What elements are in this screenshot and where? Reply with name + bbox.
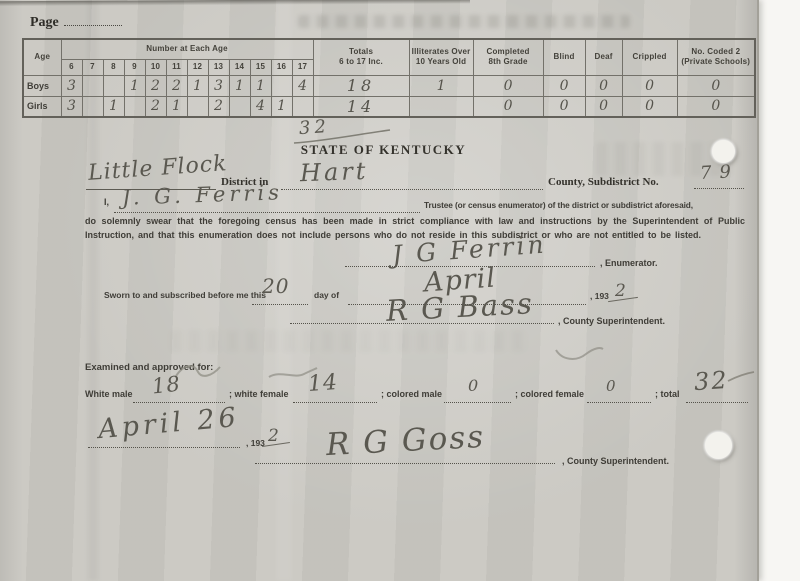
- boys-age-10: 2: [145, 75, 166, 96]
- age-8-header: 8: [103, 59, 124, 75]
- white-male-fill-line: [133, 401, 225, 403]
- table-row-boys: Boys 3 1 2 2 1 3 1 1 4 18 1 0 0: [23, 75, 755, 96]
- age-10-header: 10: [145, 59, 166, 75]
- white-male-value: 18: [151, 372, 182, 399]
- girls-completed-8th: 0: [473, 96, 543, 117]
- boys-row-label: Boys: [23, 75, 61, 96]
- girls-age-17: [292, 96, 313, 117]
- age-15-header: 15: [250, 59, 271, 75]
- county-subdistrict-label: County, Subdistrict No.: [548, 176, 659, 188]
- trustee-name-handwritten: J. G. Ferris: [122, 180, 284, 210]
- colored-female-fill-line: [587, 401, 651, 403]
- trustee-fill-line: [114, 211, 420, 213]
- sworn-statement: Sworn to and subscribed before me this: [104, 290, 266, 300]
- boys-age-7: [82, 75, 103, 96]
- girls-age-14: [229, 96, 250, 117]
- sworn-day-handwritten: 20: [262, 274, 289, 298]
- boys-age-13: 3: [208, 75, 229, 96]
- girls-age-10: 2: [145, 96, 166, 117]
- boys-age-9: 1: [124, 75, 145, 96]
- total-label: ; total: [655, 389, 680, 399]
- total-fill-line: [686, 401, 748, 403]
- white-male-label: White male: [85, 389, 133, 399]
- superintendent-label: , County Superintendent.: [558, 316, 665, 326]
- girls-deaf: 0: [585, 96, 622, 117]
- paper-top-edge: [0, 0, 470, 6]
- no-coded-column-header: No. Coded 2(Private Schools): [677, 39, 755, 75]
- girls-age-16: 1: [271, 96, 292, 117]
- approval-superintendent-label: , County Superintendent.: [562, 456, 669, 466]
- boys-deaf: 0: [585, 75, 622, 96]
- enumerator-label: , Enumerator.: [600, 258, 658, 268]
- age-column-header: Age: [23, 39, 61, 75]
- girls-age-13: 2: [208, 96, 229, 117]
- boys-age-11: 2: [166, 75, 187, 96]
- age-13-header: 13: [208, 59, 229, 75]
- trustee-role-text: Trustee (or census enumerator) of the di…: [424, 200, 693, 210]
- girls-age-15: 4: [250, 96, 271, 117]
- colored-female-label: ; colored female: [515, 389, 584, 399]
- oath-text-line: do solemnly swear that the foregoing cen…: [85, 216, 745, 226]
- year-label: , 193: [590, 291, 609, 301]
- day-fill-line: [252, 303, 308, 305]
- pencil-checkmark: [552, 344, 606, 364]
- age-6-header: 6: [61, 59, 82, 75]
- deaf-column-header: Deaf: [585, 39, 622, 75]
- boys-total: 18: [313, 75, 409, 96]
- girls-crippled: 0: [622, 96, 677, 117]
- boys-illiterates: 1: [409, 75, 473, 96]
- page-row: Page: [30, 13, 122, 31]
- illiterates-column-header: Illiterates Over10 Years Old: [409, 39, 473, 75]
- bleed-through-smudge: [170, 330, 530, 352]
- boys-crippled: 0: [622, 75, 677, 96]
- girls-age-8: 1: [103, 96, 124, 117]
- page-label: Page: [30, 15, 59, 30]
- paper: Page Age Number at Each Age Totals6 to 1…: [0, 0, 759, 581]
- scanned-census-form: Page Age Number at Each Age Totals6 to 1…: [0, 0, 800, 581]
- age-14-header: 14: [229, 59, 250, 75]
- age-7-header: 7: [82, 59, 103, 75]
- subdistrict-number-handwritten: 79: [699, 161, 739, 184]
- boys-blind: 0: [543, 75, 585, 96]
- county-name-handwritten: Hart: [300, 157, 369, 187]
- approval-superintendent-signature: R G Goss: [325, 419, 486, 463]
- girls-age-7: [82, 96, 103, 117]
- boys-age-6: 3: [61, 75, 82, 96]
- completed-8th-grade-column-header: Completed8th Grade: [473, 39, 543, 75]
- colored-male-fill-line: [444, 401, 511, 403]
- boys-age-16: [271, 75, 292, 96]
- county-fill-line: [281, 188, 543, 190]
- girls-age-12: [187, 96, 208, 117]
- boys-age-12: 1: [187, 75, 208, 96]
- bleed-through-smudge: [298, 15, 630, 28]
- approval-date-handwritten: April 26: [97, 402, 241, 445]
- hole-punch: [712, 140, 735, 163]
- white-female-label: ; white female: [229, 389, 289, 399]
- girls-illiterates: [409, 96, 473, 117]
- colored-male-value: 0: [468, 376, 479, 395]
- colored-male-label: ; colored male: [381, 389, 442, 399]
- girls-age-9: [124, 96, 145, 117]
- girls-no-coded: 0: [677, 96, 755, 117]
- boys-age-14: 1: [229, 75, 250, 96]
- pencil-dash: [726, 368, 756, 384]
- superintendent-signature-line: [255, 462, 555, 464]
- girls-total: 14: [313, 96, 409, 117]
- boys-age-15: 1: [250, 75, 271, 96]
- i-label: I,: [104, 197, 109, 207]
- date-fill-line: [88, 446, 240, 448]
- state-heading: STATE OF KENTUCKY: [22, 142, 745, 158]
- crippled-column-header: Crippled: [622, 39, 677, 75]
- census-table: Age Number at Each Age Totals6 to 17 Inc…: [22, 38, 756, 118]
- totals-column-header: Totals6 to 17 Inc.: [313, 39, 409, 75]
- boys-no-coded: 0: [677, 75, 755, 96]
- age-17-header: 17: [292, 59, 313, 75]
- girls-age-11: 1: [166, 96, 187, 117]
- blind-column-header: Blind: [543, 39, 585, 75]
- hole-punch: [705, 432, 732, 459]
- white-female-value: 14: [307, 370, 339, 397]
- age-11-header: 11: [166, 59, 187, 75]
- girls-row-label: Girls: [23, 96, 61, 117]
- colored-female-value: 0: [606, 377, 617, 395]
- subdistrict-fill-line: [694, 187, 744, 189]
- boys-age-8: [103, 75, 124, 96]
- boys-age-17: 4: [292, 75, 313, 96]
- page-number-line: [64, 13, 122, 26]
- total-value: 32: [693, 366, 729, 396]
- age-16-header: 16: [271, 59, 292, 75]
- girls-age-6: 3: [61, 96, 82, 117]
- white-female-fill-line: [293, 401, 377, 403]
- table-row-girls: Girls 3 1 2 1 2 4 1 14 0 0: [23, 96, 755, 117]
- number-at-each-age-header: Number at Each Age: [61, 39, 313, 59]
- boys-completed-8th: 0: [473, 75, 543, 96]
- day-of-label: day of: [314, 290, 339, 300]
- girls-blind: 0: [543, 96, 585, 117]
- age-12-header: 12: [187, 59, 208, 75]
- age-9-header: 9: [124, 59, 145, 75]
